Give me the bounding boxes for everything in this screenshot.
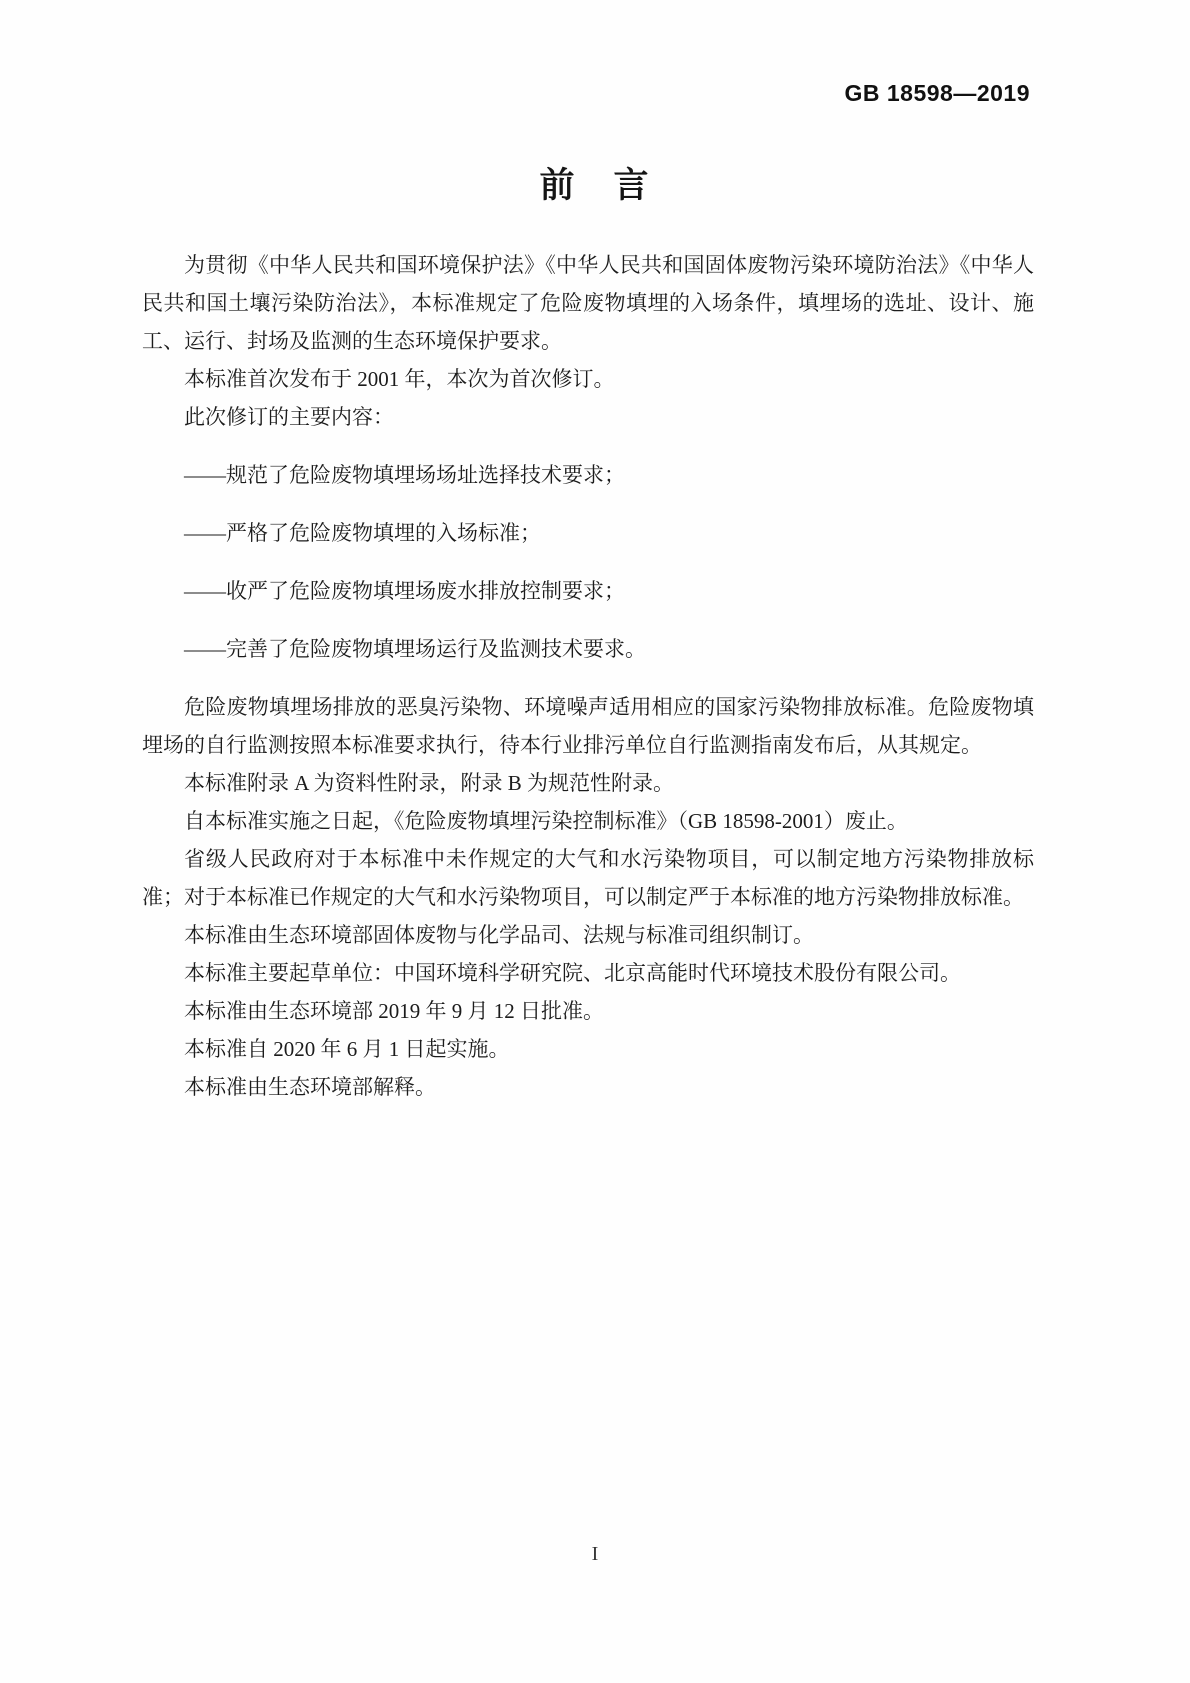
paragraph: 此次修订的主要内容： <box>142 398 1034 436</box>
standard-code: GB 18598—2019 <box>142 80 1030 107</box>
paragraph: 省级人民政府对于本标准中未作规定的大气和水污染物项目，可以制定地方污染物排放标准… <box>142 840 1034 916</box>
paragraph: 危险废物填埋场排放的恶臭污染物、环境噪声适用相应的国家污染物排放标准。危险废物填… <box>142 688 1034 764</box>
bullet-item: ——完善了危险废物填埋场运行及监测技术要求。 <box>142 630 1034 668</box>
bullet-item: ——严格了危险废物填埋的入场标准； <box>142 514 1034 552</box>
paragraph: 本标准主要起草单位：中国环境科学研究院、北京高能时代环境技术股份有限公司。 <box>142 954 1034 992</box>
page-number: I <box>0 1543 1190 1566</box>
paragraph: 本标准由生态环境部固体废物与化学品司、法规与标准司组织制订。 <box>142 916 1034 954</box>
paragraph: 本标准首次发布于 2001 年，本次为首次修订。 <box>142 360 1034 398</box>
paragraph: 本标准附录 A 为资料性附录，附录 B 为规范性附录。 <box>142 764 1034 802</box>
page-title: 前 言 <box>0 158 1190 208</box>
paragraph: 本标准由生态环境部 2019 年 9 月 12 日批准。 <box>142 992 1034 1030</box>
bullet-item: ——规范了危险废物填埋场场址选择技术要求； <box>142 456 1034 494</box>
paragraph: 自本标准实施之日起，《危险废物填埋污染控制标准》（GB 18598-2001）废… <box>142 802 1034 840</box>
document-body: 为贯彻《中华人民共和国环境保护法》《中华人民共和国固体废物污染环境防治法》《中华… <box>142 246 1034 1106</box>
paragraph: 本标准由生态环境部解释。 <box>142 1068 1034 1106</box>
paragraph: 本标准自 2020 年 6 月 1 日起实施。 <box>142 1030 1034 1068</box>
bullet-item: ——收严了危险废物填埋场废水排放控制要求； <box>142 572 1034 610</box>
paragraph: 为贯彻《中华人民共和国环境保护法》《中华人民共和国固体废物污染环境防治法》《中华… <box>142 246 1034 360</box>
document-page: GB 18598—2019 前 言 为贯彻《中华人民共和国环境保护法》《中华人民… <box>0 0 1190 1683</box>
